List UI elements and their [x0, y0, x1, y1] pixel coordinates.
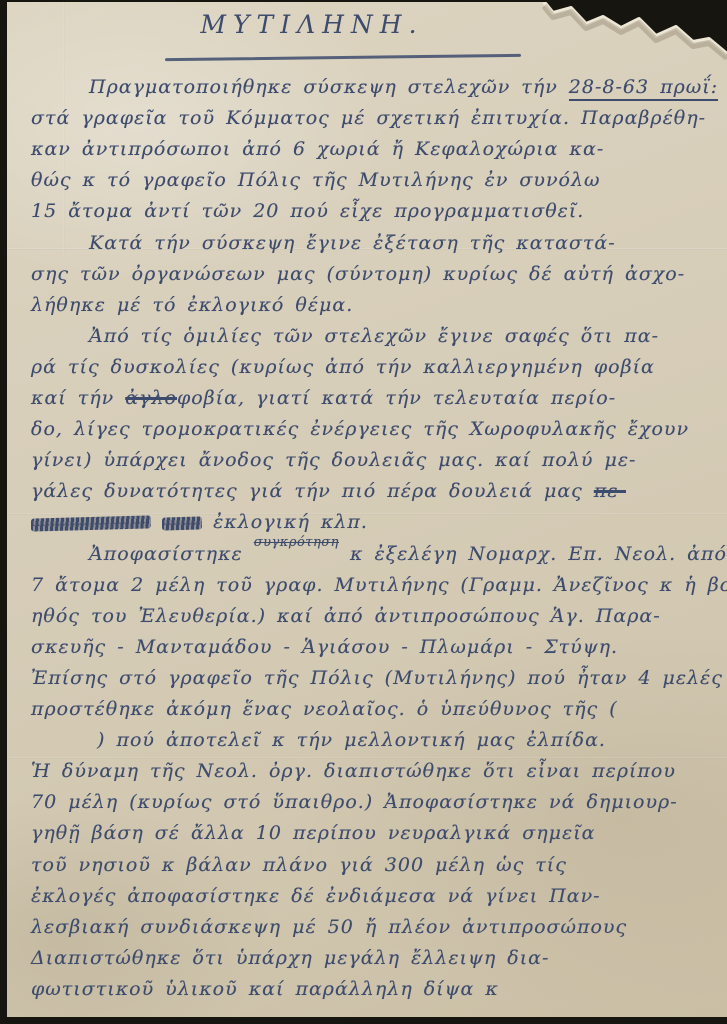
text-line: Ἐπίσης στό γραφεῖο τῆς Πόλις (Μυτιλήνης)…	[31, 663, 727, 693]
text-segment: θώς κ τό γραφεῖο Πόλις τῆς Μυτιλήνης ἐν …	[31, 169, 600, 191]
text-segment: ρά τίς δυσκολίες (κυρίως ἀπό τήν καλλιερ…	[31, 356, 655, 378]
text-line: 15 ἄτομα ἀντί τῶν 20 πού εἶχε προγραμματ…	[31, 196, 727, 226]
text-segment: φοβία, γιατί κατά τήν τελευταία περίο-	[177, 387, 616, 409]
text-segment	[151, 511, 162, 533]
text-segment: λεσβιακή συνδιάσκεψη μέ 50 ἤ πλέον ἀντιπ…	[31, 916, 627, 938]
text-line: ) πού ἀποτελεῖ κ τήν μελλοντική μας ἐλπί…	[31, 725, 727, 755]
text-segment: γάλες δυνατότητες γιά τήν πιό πέρα δουλε…	[31, 480, 594, 502]
text-line: γίνει) ὑπάρχει ἄνοδος τῆς δουλειᾶς μας. …	[31, 445, 727, 475]
text-line: καί τήν ἀγλοφοβία, γιατί κατά τήν τελευτ…	[31, 383, 727, 413]
scan-background: ΜΥΤΙΛΗΝΗ. Πραγματοποιήθηκε σύσκεψη στελε…	[0, 0, 727, 1024]
text-segment: στά γραφεῖα τοῦ Κόμματος μέ σχετική ἐπιτ…	[31, 107, 706, 129]
text-segment: τοῦ νησιοῦ κ βάλαν πλάνο γιά 300 μέλη ὡς…	[31, 854, 567, 876]
text-line: στά γραφεῖα τοῦ Κόμματος μέ σχετική ἐπιτ…	[31, 103, 727, 133]
text-segment: λήθηκε μέ τό ἐκλογικό θέμα.	[31, 294, 353, 316]
text-line: φωτιστικοῦ ὑλικοῦ καί παράλληλη δίψα κ	[31, 974, 727, 1004]
text-segment: δο, λίγες τρομοκρατικές ἐνέργειες τῆς Χω…	[31, 418, 689, 440]
text-segment: ) πού ἀποτελεῖ κ τήν μελλοντική μας ἐλπί…	[97, 729, 606, 751]
segment-x: πε-	[594, 480, 626, 502]
text-line: ηθός του Ἐλευθερία.) καί ἀπό ἀντιπροσώπο…	[31, 601, 727, 631]
text-segment: σκευῆς - Μανταμάδου - Ἁγιάσου - Πλωμάρι …	[31, 636, 618, 658]
text-line: Ἀπό τίς ὁμιλίες τῶν στελεχῶν ἔγινε σαφές…	[31, 321, 727, 351]
text-segment: 70 μέλη (κυρίως στό ὕπαιθρο.) Ἀποφασίστη…	[31, 791, 678, 813]
text-segment: γίνει) ὑπάρχει ἄνοδος τῆς δουλειᾶς μας. …	[31, 449, 636, 471]
text-line: 70 μέλη (κυρίως στό ὕπαιθρο.) Ἀποφασίστη…	[31, 787, 727, 817]
segment-u: 28-8-63 πρωΐ:	[569, 76, 718, 101]
text-line: δο, λίγες τρομοκρατικές ἐνέργειες τῆς Χω…	[31, 414, 727, 444]
text-segment: γηθῇ βάση σέ ἄλλα 10 περίπου νευραλγικά …	[31, 822, 595, 844]
text-line: —————— —— ἐκλογική κλπ.	[31, 507, 727, 537]
text-segment: καί τήν	[31, 387, 125, 409]
text-line: σκευῆς - Μανταμάδου - Ἁγιάσου - Πλωμάρι …	[31, 632, 727, 662]
text-segment: καν ἀντιπρόσωποι ἀπό 6 χωριά ἤ Κεφαλοχώρ…	[31, 138, 604, 160]
text-line: Διαπιστώθηκε ὅτι ὑπάρχη μεγάλη ἔλλειψη δ…	[31, 943, 727, 973]
text-line: γάλες δυνατότητες γιά τήν πιό πέρα δουλε…	[31, 476, 727, 506]
text-segment: Διαπιστώθηκε ὅτι ὑπάρχη μεγάλη ἔλλειψη δ…	[31, 947, 549, 969]
text-line: Κατά τήν σύσκεψη ἔγινε ἐξέταση τῆς κατασ…	[31, 228, 727, 258]
text-segment: ηθός του Ἐλευθερία.) καί ἀπό ἀντιπροσώπο…	[31, 605, 661, 627]
text-line: ρά τίς δυσκολίες (κυρίως ἀπό τήν καλλιερ…	[31, 352, 727, 382]
text-line: θώς κ τό γραφεῖο Πόλις τῆς Μυτιλήνης ἐν …	[31, 165, 727, 195]
text-segment: κ ἐξελέγη Νομαρχ. Επ. Νεολ. ἀπό	[339, 543, 727, 565]
document-body: Πραγματοποιήθηκε σύσκεψη στελεχῶν τήν 28…	[7, 2, 727, 1017]
text-line: Ἡ δύναμη τῆς Νεολ. ὀργ. διαπιστώθηκε ὅτι…	[31, 756, 727, 786]
text-line: προστέθηκε ἀκόμη ἕνας νεολαῖος. ὁ ὑπεύθυ…	[31, 694, 727, 724]
segment-ins: συγκρότηση	[254, 528, 339, 558]
text-segment: Κατά τήν σύσκεψη ἔγινε ἐξέταση τῆς κατασ…	[89, 232, 616, 254]
text-segment: Ἡ δύναμη τῆς Νεολ. ὀργ. διαπιστώθηκε ὅτι…	[31, 760, 676, 782]
segment-sc: ——————	[31, 515, 151, 531]
text-segment: προστέθηκε ἀκόμη ἕνας νεολαῖος. ὁ ὑπεύθυ…	[31, 698, 618, 720]
segment-x: ἀγλο	[125, 387, 177, 409]
text-segment: Ἀπό τίς ὁμιλίες τῶν στελεχῶν ἔγινε σαφές…	[89, 325, 659, 347]
text-segment: Ἐπίσης στό γραφεῖο τῆς Πόλις (Μυτιλήνης)…	[31, 667, 723, 689]
text-segment: σης τῶν ὀργανώσεων μας (σύντομη) κυρίως …	[31, 263, 685, 285]
text-segment: 15 ἄτομα ἀντί τῶν 20 πού εἶχε προγραμματ…	[31, 200, 584, 222]
text-segment: Ἀποφασίστηκε	[89, 543, 254, 565]
segment-sc: ——	[162, 516, 202, 530]
text-segment: Πραγματοποιήθηκε σύσκεψη στελεχῶν τήν	[89, 76, 569, 98]
text-line: λεσβιακή συνδιάσκεψη μέ 50 ἤ πλέον ἀντιπ…	[31, 912, 727, 942]
text-segment: φωτιστικοῦ ὑλικοῦ καί παράλληλη δίψα κ	[31, 978, 499, 1000]
text-segment: 7 ἄτομα 2 μέλη τοῦ γραφ. Μυτιλήνης (Γραμ…	[31, 574, 727, 596]
text-line: γηθῇ βάση σέ ἄλλα 10 περίπου νευραλγικά …	[31, 818, 727, 848]
text-line: σης τῶν ὀργανώσεων μας (σύντομη) κυρίως …	[31, 259, 727, 289]
text-line: καν ἀντιπρόσωποι ἀπό 6 χωριά ἤ Κεφαλοχώρ…	[31, 134, 727, 164]
text-line: Πραγματοποιήθηκε σύσκεψη στελεχῶν τήν 28…	[31, 72, 727, 102]
text-line: 7 ἄτομα 2 μέλη τοῦ γραφ. Μυτιλήνης (Γραμ…	[31, 570, 727, 600]
text-segment: ἐκλογές ἀποφασίστηκε δέ ἐνδιάμεσα νά γίν…	[31, 885, 601, 907]
text-line: τοῦ νησιοῦ κ βάλαν πλάνο γιά 300 μέλη ὡς…	[31, 850, 727, 880]
text-line: Ἀποφασίστηκε συγκρότηση κ ἐξελέγη Νομαρχ…	[31, 539, 727, 572]
document-page: ΜΥΤΙΛΗΝΗ. Πραγματοποιήθηκε σύσκεψη στελε…	[7, 2, 727, 1017]
text-line: λήθηκε μέ τό ἐκλογικό θέμα.	[31, 290, 727, 320]
text-line: ἐκλογές ἀποφασίστηκε δέ ἐνδιάμεσα νά γίν…	[31, 881, 727, 911]
